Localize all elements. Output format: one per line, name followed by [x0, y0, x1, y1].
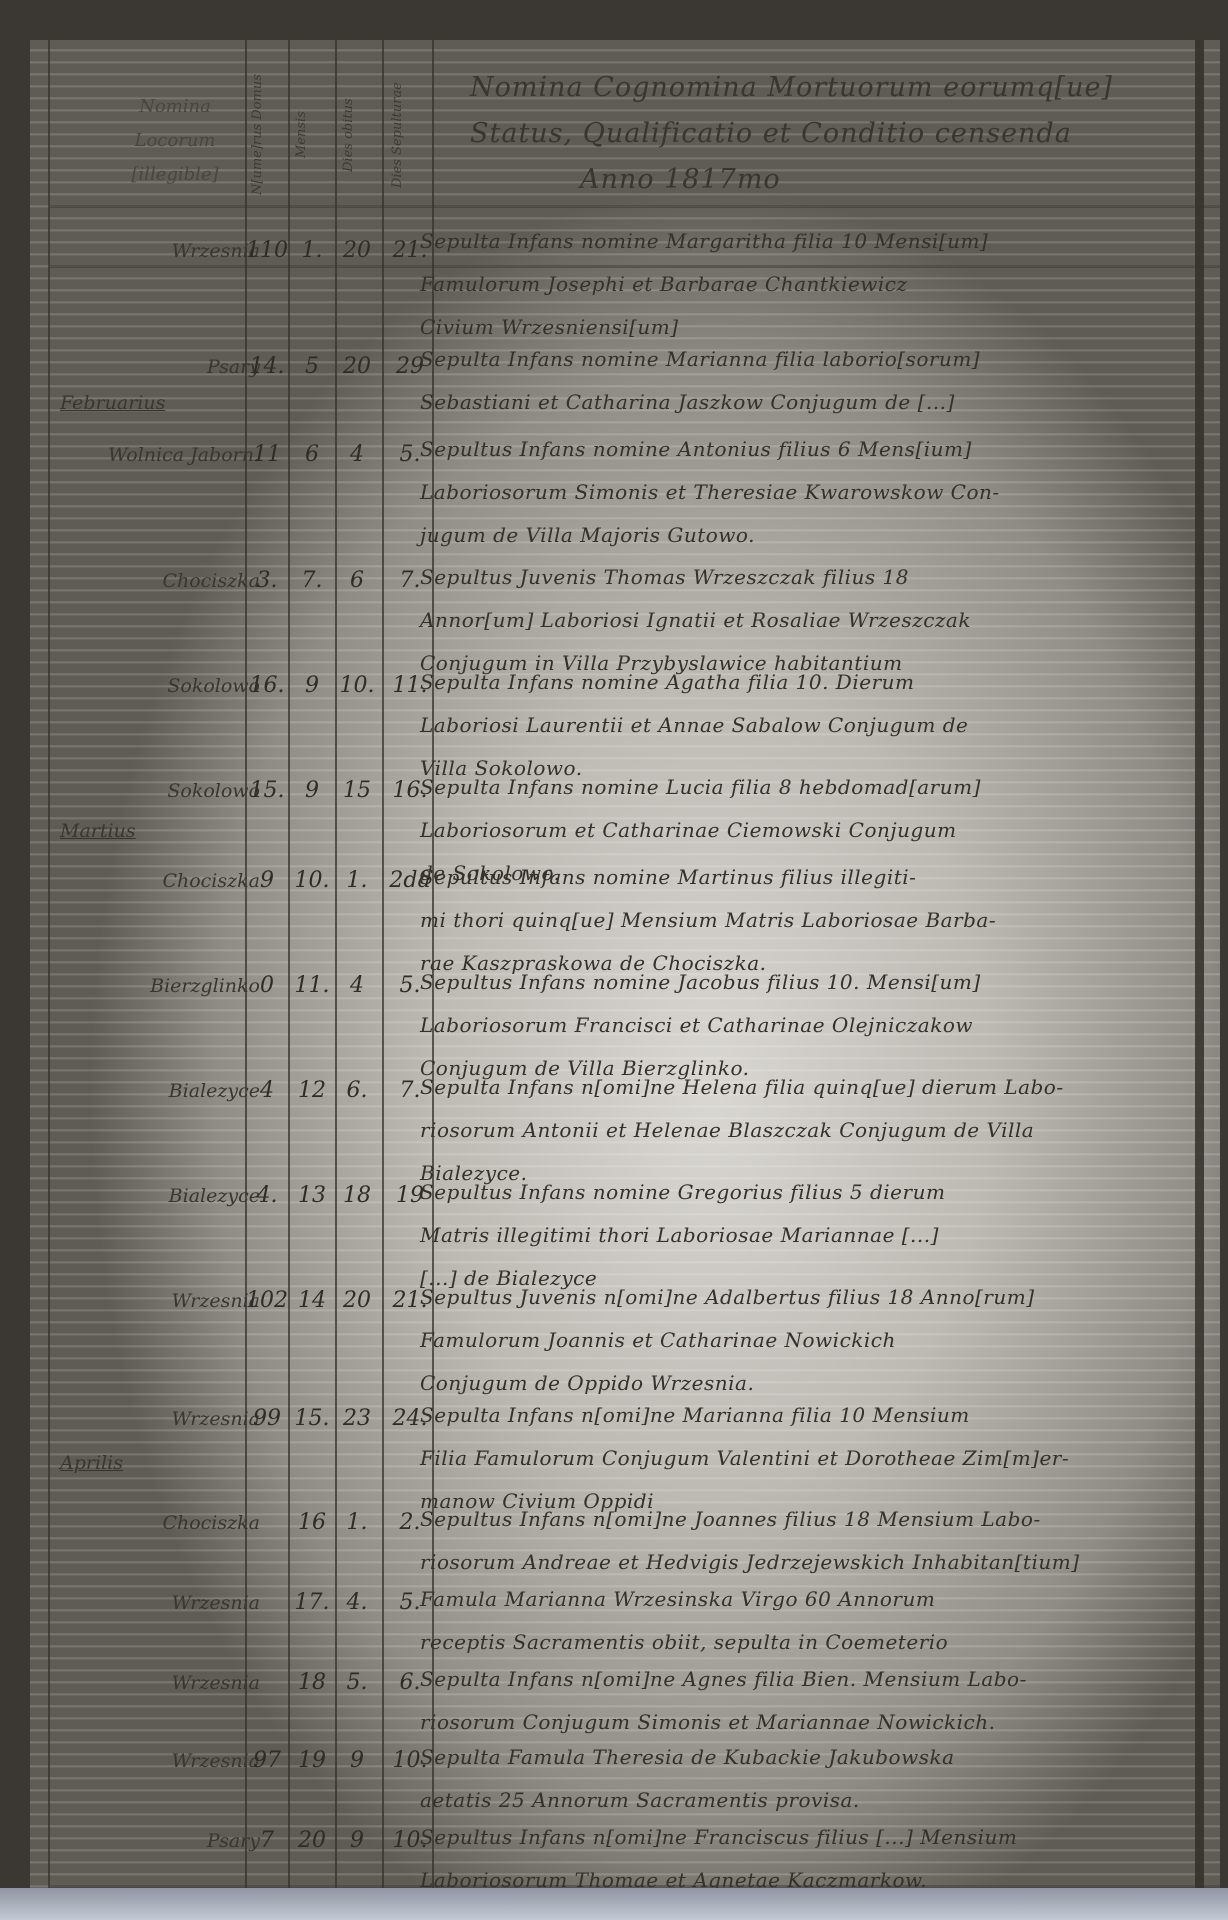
entry-locality: Wrzesnia — [60, 1290, 260, 1312]
entry-locality: Wrzesnia — [60, 240, 260, 262]
entry-number: 1. — [290, 238, 334, 263]
entry-house-number: 4. — [245, 1183, 289, 1208]
entry-house-number: 99 — [245, 1406, 289, 1431]
entry-number: 20 — [290, 1828, 334, 1853]
entry-locality: Chociszka — [60, 1512, 260, 1534]
entry-death-day: 9 — [335, 1828, 379, 1853]
entry-house-number: 0 — [245, 973, 289, 998]
column-header-number: Mensis — [294, 60, 330, 210]
entry-number: 10. — [290, 868, 334, 893]
entry-locality: Sokolowo — [60, 675, 260, 697]
entry-number: 14 — [290, 1288, 334, 1313]
entry-locality: Wrzesnia — [60, 1592, 260, 1614]
entry-house-number: 4 — [245, 1078, 289, 1103]
entry-number: 16 — [290, 1510, 334, 1535]
entry-death-day: 23 — [335, 1406, 379, 1431]
entry-death-day: 18 — [335, 1183, 379, 1208]
entry-text: Sepulta Infans nomine Margaritha filia 1… — [420, 220, 1195, 349]
entry-house-number: 3. — [245, 568, 289, 593]
entry-locality: Bierzglinko — [60, 975, 260, 997]
entry-death-day: 10. — [335, 673, 379, 698]
entry-number: 7. — [290, 568, 334, 593]
entry-locality: Psary — [60, 1830, 260, 1852]
entry-death-day: 4 — [335, 442, 379, 467]
entry-death-day: 20 — [335, 354, 379, 379]
rule-header-bottom — [50, 205, 1220, 208]
entry-text: Sepulta Famula Theresia de Kubackie Jaku… — [420, 1736, 1195, 1822]
entry-text: Sepultus Infans n[omi]ne Joannes filius … — [420, 1498, 1195, 1584]
entry-death-day: 1. — [335, 1510, 379, 1535]
entry-house-number: 7 — [245, 1828, 289, 1853]
entry-locality: Chociszka — [60, 870, 260, 892]
entry-locality: Wrzesnia — [60, 1408, 260, 1430]
entry-death-day: 1. — [335, 868, 379, 893]
entry-number: 15. — [290, 1406, 334, 1431]
entry-death-day: 6. — [335, 1078, 379, 1103]
entry-locality: Sokolowo — [60, 780, 260, 802]
entry-text: Sepultus Infans nomine Antonius filius 6… — [420, 428, 1195, 557]
column-header-house: N[ume]rus Domus — [250, 60, 286, 210]
entry-text: Sepulta Infans nomine Marianna filia lab… — [420, 338, 1195, 424]
entry-number: 19 — [290, 1748, 334, 1773]
entry-house-number: 110 — [245, 238, 289, 263]
rule-right-edge — [1195, 40, 1204, 1920]
entry-text: Famula Marianna Wrzesinska Virgo 60 Anno… — [420, 1578, 1195, 1664]
entry-locality: Wrzesnia — [60, 1672, 260, 1694]
entry-death-day: 4 — [335, 973, 379, 998]
entry-locality: Wolnica Jaborn. — [60, 444, 260, 466]
entry-number: 6 — [290, 442, 334, 467]
entry-number: 11. — [290, 973, 334, 998]
entry-locality: Bialezyce — [60, 1185, 260, 1207]
rule-left-margin — [48, 40, 50, 1920]
entry-house-number: 9 — [245, 868, 289, 893]
month-label: Februarius — [60, 392, 240, 414]
entry-locality: Wrzesnia — [60, 1750, 260, 1772]
entry-death-day: 20 — [335, 238, 379, 263]
page-title: Nomina Cognomina Mortuorum eorumq[ue] St… — [470, 65, 1190, 203]
entry-death-day: 20 — [335, 1288, 379, 1313]
entry-locality: Psary — [60, 356, 260, 378]
entry-number: 13 — [290, 1183, 334, 1208]
entry-number: 9 — [290, 778, 334, 803]
entry-death-day: 6 — [335, 568, 379, 593]
locality-column-header: Nomina Locorum [illegible] — [85, 90, 265, 192]
entry-number: 18 — [290, 1670, 334, 1695]
entry-number: 17. — [290, 1590, 334, 1615]
entry-locality: Bialezyce — [60, 1080, 260, 1102]
entry-house-number: 102 — [245, 1288, 289, 1313]
entry-house-number: 15. — [245, 778, 289, 803]
entry-death-day: 5. — [335, 1670, 379, 1695]
entry-death-day: 15 — [335, 778, 379, 803]
entry-number: 12 — [290, 1078, 334, 1103]
entry-locality: Chociszka — [60, 570, 260, 592]
entry-house-number: 16. — [245, 673, 289, 698]
column-header-death-day: Dies obitus — [341, 60, 377, 210]
entry-text: Sepultus Juvenis n[omi]ne Adalbertus fil… — [420, 1276, 1195, 1405]
scanner-edge — [0, 1888, 1228, 1920]
register-page: Nomina Locorum [illegible] N[ume]rus Dom… — [30, 40, 1220, 1920]
entry-number: 9 — [290, 673, 334, 698]
entry-death-day: 9 — [335, 1748, 379, 1773]
entry-death-day: 4. — [335, 1590, 379, 1615]
entry-house-number: 11 — [245, 442, 289, 467]
month-label: Aprilis — [60, 1452, 240, 1474]
entry-number: 5 — [290, 354, 334, 379]
entry-house-number: 97 — [245, 1748, 289, 1773]
entry-text: Sepulta Infans n[omi]ne Agnes filia Bien… — [420, 1658, 1195, 1744]
month-label: Martius — [60, 820, 240, 842]
entry-house-number: 14. — [245, 354, 289, 379]
column-header-burial-day: Dies Sepulturae — [390, 60, 426, 210]
rule-col-4 — [382, 40, 384, 1920]
